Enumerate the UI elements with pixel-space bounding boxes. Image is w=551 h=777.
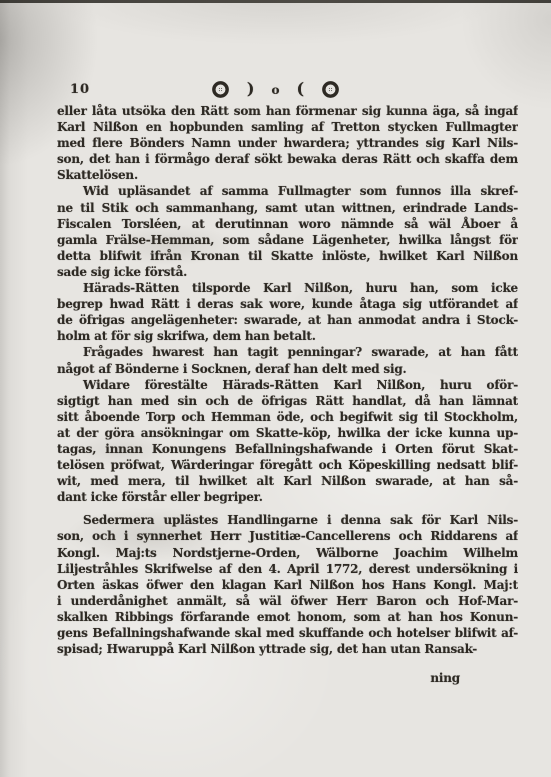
text-line: gens Befallningshafwande skal med skuffa… [57,625,518,641]
rosette-icon [211,80,230,99]
text-line: at der göra ansökningar om Skatte-köp, h… [57,425,518,441]
text-line: son, det han i förmågo deraf sökt bewaka… [57,151,518,167]
text-line: Skattelösen. [57,167,518,183]
text-line: detta blifwit ifrån Kronan til Skatte in… [57,248,518,264]
text-line: sade sig icke förstå. [57,264,518,280]
paren-close-glyph: ) [247,79,255,99]
text-line: Fiscalen Torsléen, at derutinnan woro nä… [57,216,518,232]
text-block: eller låta utsöka den Rätt som han förme… [57,103,518,686]
paragraph: Widare förestälte Härads-Rätten Karl Nil… [57,377,518,506]
text-line: tagas, innan Konungens Befallningshafwan… [57,441,518,457]
text-line: Kongl. Maj:ts Nordstjerne-Orden, Wälborn… [57,545,518,561]
text-line: Frågades hwarest han tagit penningar? sw… [57,344,518,360]
text-line: Widare förestälte Härads-Rätten Karl Nil… [57,377,518,393]
paragraph: Sedermera uplästes Handlingarne i denna … [57,512,518,657]
paren-open-glyph: ( [297,79,305,99]
paragraph: Härads-Rätten tilsporde Karl Nilßon, hur… [57,280,518,344]
letter-o-glyph: o [271,80,279,100]
text-line: telösen pröfwat, Wärderingar föregått oc… [57,457,518,473]
header-ornament: ) o ( [0,79,551,99]
text-line: son, och i synnerhet Herr Justitiæ-Cance… [57,528,518,544]
text-line: något af Bönderne i Socknen, deraf han d… [57,361,518,377]
text-line: med flere Bönders Namn under hwardera; y… [57,135,518,151]
scanned-book-page: 10 ) o ( eller låta utsöka den Rätt som … [0,0,551,777]
text-line: dant icke förstår eller begriper. [57,489,518,505]
text-line: Härads-Rätten tilsporde Karl Nilßon, hur… [57,280,518,296]
text-line: sitt åboende Torp och Hemman öde, och be… [57,409,518,425]
text-line: sigtigt han med sin och de öfrigas Rätt … [57,393,518,409]
rosette-icon [321,80,340,99]
paragraph: Frågades hwarest han tagit penningar? sw… [57,344,518,376]
catchword: ning [57,670,518,686]
text-line: holm at för sig skrifwa, dem han betalt. [57,328,518,344]
paragraph: Wid upläsandet af samma Fullmagter som f… [57,183,518,280]
text-line: Liljestråhles Skrifwelse af den 4. April… [57,561,518,577]
text-line: de öfrigas angelägenheter: swarade, at h… [57,312,518,328]
text-line: Orten äskas öfwer den klagan Karl Nilßon… [57,577,518,593]
text-line: begrep hwad Rätt i deras sak wore, kunde… [57,296,518,312]
text-line: gamla Frälse-Hemman, som sådane Lägenhet… [57,232,518,248]
text-line: spisad; Hwaruppå Karl Nilßon yttrade sig… [57,641,518,657]
text-line: wit, med mera, til hwilket alt Karl Nilß… [57,473,518,489]
text-line: Sedermera uplästes Handlingarne i denna … [57,512,518,528]
text-line: i underdånighet anmält, så wäl öfwer Her… [57,593,518,609]
text-line: Karl Nilßon en hopbunden samling af Tret… [57,119,518,135]
text-line: Wid upläsandet af samma Fullmagter som f… [57,183,518,199]
text-line: skalken Ribbings förfarande emot honom, … [57,609,518,625]
text-line: eller låta utsöka den Rätt som han förme… [57,103,518,119]
text-line: ne til Stik och sammanhang, samt utan wi… [57,200,518,216]
paragraph: eller låta utsöka den Rätt som han förme… [57,103,518,183]
